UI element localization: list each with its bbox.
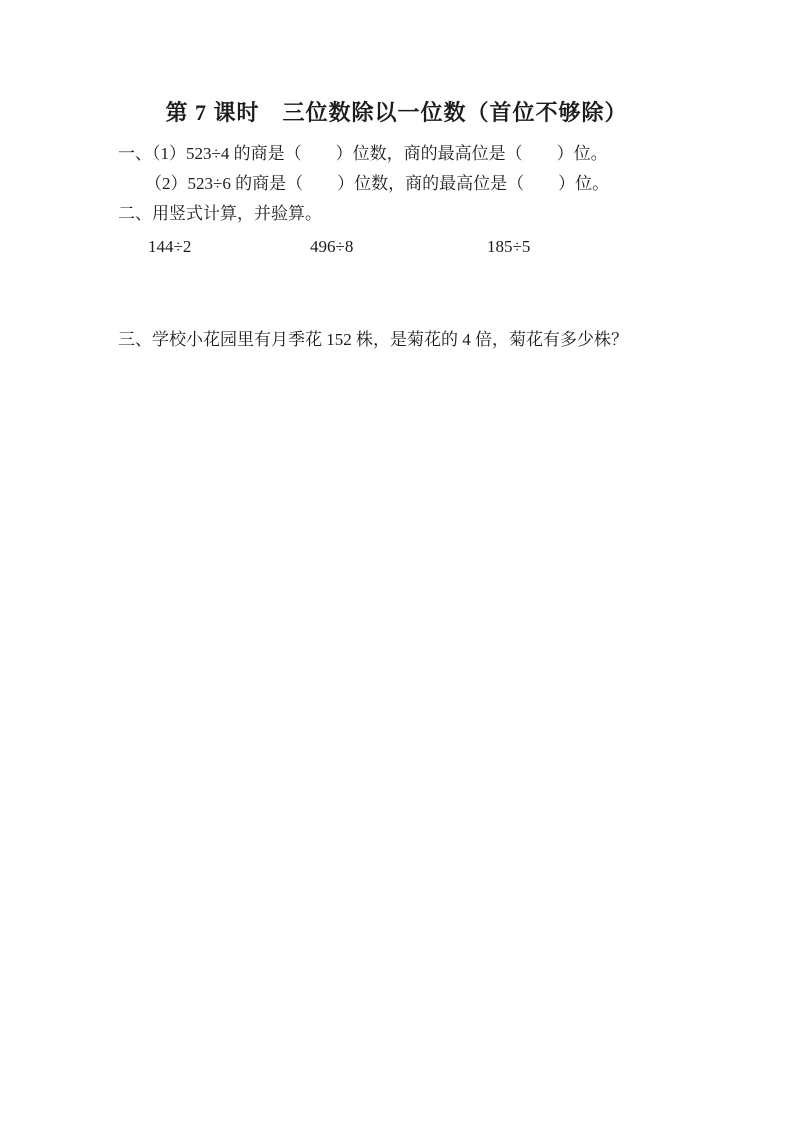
worksheet-page: 第 7 课时 三位数除以一位数（首位不够除） 一、（1）523÷4 的商是（ ）… (0, 0, 793, 1122)
question-one-item-2: （2）523÷6 的商是（ ）位数，商的最高位是（ ）位。 (145, 174, 609, 194)
division-problem-3: 185÷5 (487, 237, 530, 257)
question-two-heading: 二、用竖式计算，并验算。 (118, 204, 322, 224)
division-problem-2: 496÷8 (310, 237, 353, 257)
division-problem-1: 144÷2 (148, 237, 191, 257)
question-three-heading: 三、学校小花园里有月季花 152 株，是菊花的 4 倍，菊花有多少株？ (118, 330, 628, 350)
page-title: 第 7 课时 三位数除以一位数（首位不够除） (0, 96, 793, 127)
question-one-item-1: 一、（1）523÷4 的商是（ ）位数，商的最高位是（ ）位。 (118, 144, 608, 164)
